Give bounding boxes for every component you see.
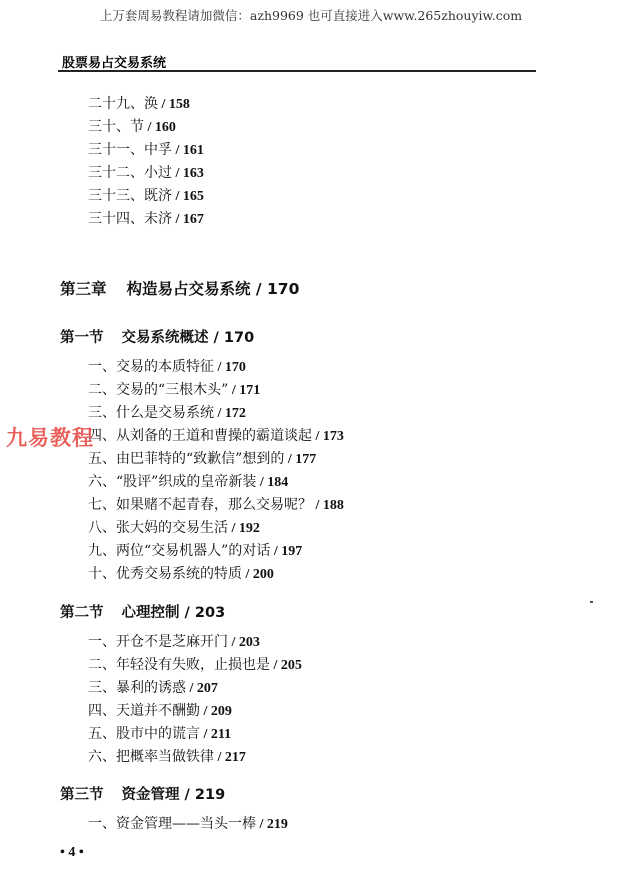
chapter-page: 170 (267, 280, 299, 298)
section-page: 203 (195, 605, 225, 621)
toc-item: 一、资金管理——当头一棒 / 219 (88, 813, 288, 833)
toc-item: 二、年轻没有失败，止损也是 / 205 (88, 654, 302, 674)
toc-item: 二十九、涣 / 158 (88, 93, 190, 113)
toc-item-page: 163 (183, 166, 204, 181)
toc-item-page: 207 (197, 681, 218, 696)
toc-item-page: 203 (239, 635, 260, 650)
toc-item-label: 二十九、涣 (88, 96, 158, 112)
toc-item-label: 三十、节 (88, 119, 144, 135)
chapter-title: 构造易占交易系统 (127, 280, 251, 298)
toc-item: 一、交易的本质特征 / 170 (88, 356, 246, 376)
toc-item-page: 172 (225, 406, 246, 421)
toc-item: 七、如果赌不起青春，那么交易呢？ / 188 (88, 494, 344, 514)
toc-item-page: 219 (267, 817, 288, 832)
toc-item-label: 九、两位“交易机器人”的对话 (88, 543, 270, 559)
toc-item: 六、把概率当做铁律 / 217 (88, 746, 246, 766)
toc-item-page: 205 (281, 658, 302, 673)
toc-item-page: 184 (267, 475, 288, 490)
toc-item-page: 173 (323, 429, 344, 444)
toc-item: 八、张大妈的交易生活 / 192 (88, 517, 260, 537)
section-title: 心理控制 (122, 605, 180, 621)
toc-item: 三十四、未济 / 167 (88, 208, 204, 228)
toc-item-label: 五、由巴菲特的“致歉信”想到的 (88, 451, 284, 467)
toc-item-page: 167 (183, 212, 204, 227)
section-number: 第二节 (60, 605, 104, 621)
toc-item: 三、什么是交易系统 / 172 (88, 402, 246, 422)
toc-item-label: 六、“股评”织成的皇帝新装 (88, 474, 256, 490)
toc-item: 三十、节 / 160 (88, 116, 176, 136)
toc-item-label: 十、优秀交易系统的特质 (88, 566, 242, 582)
toc-item: 五、由巴菲特的“致歉信”想到的 / 177 (88, 448, 316, 468)
toc-item-page: 217 (225, 750, 246, 765)
toc-item-label: 六、把概率当做铁律 (88, 749, 214, 765)
toc-item-page: 200 (253, 567, 274, 582)
section-page: 170 (224, 330, 254, 346)
toc-section-heading: 第二节心理控制 / 203 (60, 601, 225, 622)
promo-banner: 上万套周易教程请加微信：azh9969 也可直接进入www.265zhouyiw… (0, 6, 622, 24)
toc-item-page: 158 (169, 97, 190, 112)
page-number: • 4 • (60, 845, 84, 861)
scan-speck (590, 601, 593, 603)
header-rule-divider (58, 70, 536, 72)
running-header-title: 股票易占交易系统 (62, 52, 166, 71)
toc-section-heading: 第三节资金管理 / 219 (60, 783, 225, 804)
toc-item: 四、从刘备的王道和曹操的霸道谈起 / 173 (88, 425, 344, 445)
toc-item-page: 192 (239, 521, 260, 536)
toc-item-label: 八、张大妈的交易生活 (88, 520, 228, 536)
toc-item-page: 177 (295, 452, 316, 467)
toc-item: 十、优秀交易系统的特质 / 200 (88, 563, 274, 583)
toc-item: 九、两位“交易机器人”的对话 / 197 (88, 540, 302, 560)
toc-item-label: 二、交易的“三根木头” (88, 382, 228, 398)
toc-item-label: 二、年轻没有失败，止损也是 (88, 657, 270, 673)
section-title: 交易系统概述 (122, 330, 209, 346)
toc-item-label: 三十四、未济 (88, 211, 172, 227)
toc-item-label: 三十三、既济 (88, 188, 172, 204)
toc-item: 三、暴利的诱惑 / 207 (88, 677, 218, 697)
toc-item: 四、天道并不酬勤 / 209 (88, 700, 232, 720)
toc-item: 三十一、中孚 / 161 (88, 139, 204, 159)
toc-section-heading: 第一节交易系统概述 / 170 (60, 326, 254, 347)
section-title: 资金管理 (122, 787, 180, 803)
toc-item-page: 211 (211, 727, 231, 742)
toc-item-label: 三、什么是交易系统 (88, 405, 214, 421)
section-number: 第一节 (60, 330, 104, 346)
toc-item-page: 170 (225, 360, 246, 375)
toc-item-label: 五、股市中的谎言 (88, 726, 200, 742)
toc-item: 五、股市中的谎言 / 211 (88, 723, 231, 743)
toc-item: 三十三、既济 / 165 (88, 185, 204, 205)
toc-item-label: 三、暴利的诱惑 (88, 680, 186, 696)
toc-item-label: 四、从刘备的王道和曹操的霸道谈起 (88, 428, 312, 444)
toc-item: 二、交易的“三根木头” / 171 (88, 379, 260, 399)
toc-item-label: 一、资金管理——当头一棒 (88, 816, 256, 832)
toc-item-page: 160 (155, 120, 176, 135)
toc-item-page: 197 (281, 544, 302, 559)
section-page: 219 (195, 787, 225, 803)
toc-item-label: 七、如果赌不起青春，那么交易呢？ (88, 497, 312, 513)
toc-chapter-heading: 第三章构造易占交易系统 / 170 (60, 277, 299, 299)
toc-item-page: 188 (323, 498, 344, 513)
toc-item-label: 三十一、中孚 (88, 142, 172, 158)
toc-item: 六、“股评”织成的皇帝新装 / 184 (88, 471, 288, 491)
toc-item-page: 165 (183, 189, 204, 204)
chapter-number: 第三章 (60, 280, 107, 298)
toc-item: 三十二、小过 / 163 (88, 162, 204, 182)
toc-item-label: 三十二、小过 (88, 165, 172, 181)
toc-item-label: 一、开仓不是芝麻开门 (88, 634, 228, 650)
toc-item-page: 209 (211, 704, 232, 719)
section-number: 第三节 (60, 787, 104, 803)
watermark-logo: 九易教程 (6, 422, 94, 452)
toc-item-label: 一、交易的本质特征 (88, 359, 214, 375)
toc-item-page: 161 (183, 143, 204, 158)
toc-item-page: 171 (239, 383, 260, 398)
toc-item-label: 四、天道并不酬勤 (88, 703, 200, 719)
toc-item: 一、开仓不是芝麻开门 / 203 (88, 631, 260, 651)
